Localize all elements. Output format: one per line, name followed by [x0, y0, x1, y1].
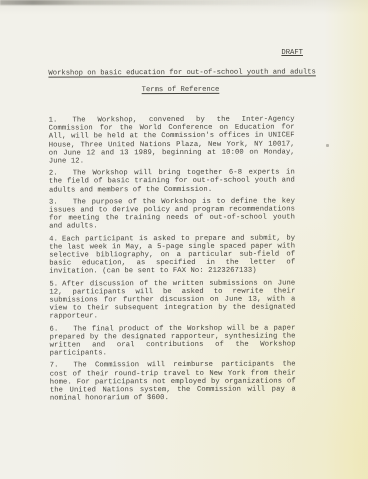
- paragraph-item: 4.Each participant is asked to prepare a…: [49, 234, 295, 276]
- paragraph-item: 5.After discussion of the written submis…: [49, 279, 295, 321]
- paragraph-item: 1.The Workshop, convened by the Inter-Ag…: [49, 116, 295, 166]
- paragraph-number: 4.: [49, 235, 62, 243]
- paragraph-text: After discussion of the written submissi…: [49, 279, 295, 321]
- paragraph-text: The Workshop, convened by the Inter-Agen…: [49, 116, 295, 166]
- paragraph-number: 1.: [49, 116, 73, 124]
- paragraph-item: 7.The Commission will reimburse particip…: [50, 361, 296, 403]
- paragraph-item: 3.The purpose of the Workshop is to defi…: [49, 197, 295, 231]
- document-subtitle: Terms of Reference: [48, 85, 312, 95]
- paragraph-list: 1.The Workshop, convened by the Inter-Ag…: [49, 116, 296, 404]
- paragraph-item: 2.The Workshop will bring together 6-8 e…: [49, 169, 295, 195]
- paragraph-text: The final product of the Workshop will b…: [50, 324, 296, 358]
- paragraph-number: 5.: [49, 280, 62, 288]
- paragraph-text: The purpose of the Workshop is to define…: [49, 197, 295, 231]
- paragraph-item: 6.The final product of the Workshop will…: [50, 324, 296, 358]
- paragraph-number: 2.: [49, 170, 73, 178]
- paragraph-number: 6.: [50, 325, 74, 333]
- scanned-page: DRAFT Workshop on basic education for ou…: [0, 0, 368, 479]
- paragraph-text: Each participant is asked to prepare and…: [49, 234, 295, 276]
- paragraph-number: 3.: [49, 198, 73, 206]
- paragraph-number: 7.: [50, 362, 74, 370]
- document-content: Workshop on basic education for out-of-s…: [48, 0, 314, 407]
- paragraph-text: The Workshop will bring together 6-8 exp…: [49, 169, 295, 194]
- document-title: Workshop on basic education for out-of-s…: [48, 68, 312, 78]
- paragraph-text: The Commission will reimburse participan…: [50, 361, 296, 403]
- scan-speck-artifact: [326, 144, 329, 147]
